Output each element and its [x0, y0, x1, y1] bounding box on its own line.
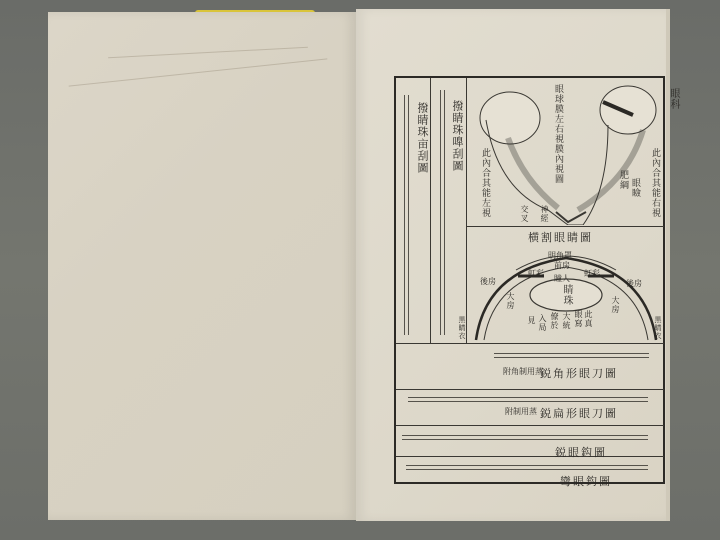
label-center: 見: [527, 316, 535, 325]
panel-divider: [396, 343, 664, 344]
label-posterior-left: 後房: [480, 276, 496, 287]
running-header: 眼科: [668, 88, 678, 110]
panel-divider: [430, 78, 431, 343]
hook-instrument: [406, 465, 648, 470]
panel-divider: [467, 226, 664, 227]
eye-center-label: 眼球膜左右視膜內視圖: [553, 84, 562, 184]
instrument-caption: 鋭扁形眼刀圖: [540, 405, 618, 421]
panel-divider: [396, 389, 664, 390]
eye-inner-label: 眼瞼: [630, 178, 639, 198]
instrument-caption: 彎眼鈎圖: [560, 473, 612, 489]
label-center: 僚於: [550, 312, 558, 330]
label-center: 大統: [562, 312, 570, 330]
instrument-note: 附角制用蒸: [503, 366, 543, 377]
left-page: [48, 12, 356, 520]
label-vitreous-left: 大房: [506, 292, 514, 310]
probe-1-caption: 撥睛珠亩刮圖: [417, 102, 428, 174]
label-center: 此真: [584, 310, 592, 328]
page-edge: [666, 9, 670, 521]
label-iris-right: 虹彩: [584, 268, 600, 279]
hook-instrument: [402, 435, 648, 440]
eye-anatomy-illustration: [468, 80, 664, 225]
label-posterior-right: 後房: [626, 278, 642, 289]
eye-bottom-label: 神經: [540, 205, 548, 223]
probe-2-caption: 撥睛珠嘷刮圖: [452, 100, 463, 172]
instrument-caption: 鋭角形眼刀圖: [540, 365, 618, 381]
probe-instrument: [404, 95, 409, 335]
label-edge-left: 黒睛衣: [458, 316, 465, 340]
knife-instrument: [494, 353, 649, 358]
panel-divider: [396, 425, 664, 426]
label-anterior-chamber: 前房: [554, 260, 570, 271]
eye-left-label: 此內合其能左視: [480, 148, 489, 218]
probe-instrument: [440, 90, 445, 335]
label-lens: 睛珠: [561, 284, 571, 306]
label-edge-right: 黒睛衣: [654, 316, 661, 340]
label-vitreous-right: 大房: [611, 296, 619, 314]
paper-crease: [69, 58, 328, 86]
eye-bottom-label: 交叉: [520, 205, 528, 223]
label-center: 眼寫: [574, 310, 582, 328]
label-center: 入局: [538, 314, 546, 332]
instrument-caption: 鋭眼鈎圖: [555, 444, 607, 460]
knife-instrument: [408, 397, 648, 402]
eye-right-label: 此內合其能右視: [650, 148, 659, 218]
label-pupil: 瞳人: [554, 273, 570, 284]
eye-inner-label: 肥綱: [618, 170, 627, 190]
label-iris-left: 虹彩: [528, 268, 544, 279]
instrument-note: 附制用蒸: [505, 406, 537, 417]
paper-crease: [108, 47, 308, 58]
panel-divider: [396, 456, 664, 457]
